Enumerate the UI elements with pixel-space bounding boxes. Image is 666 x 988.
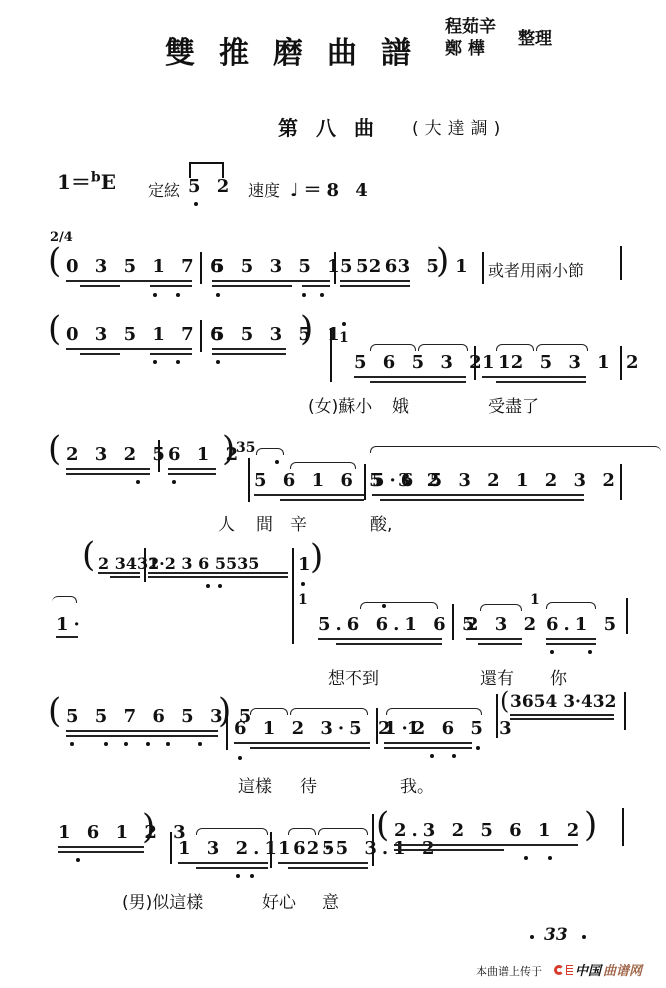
bar-line	[248, 458, 250, 502]
notes-segment: 5.6 6.1 6 5	[318, 614, 479, 635]
page-number-dot-right	[582, 935, 586, 939]
key-signature: 1＝bE	[57, 166, 116, 195]
open-paren: (	[48, 244, 61, 278]
bar-line	[376, 708, 378, 744]
underline	[212, 280, 330, 282]
underline	[380, 499, 584, 501]
notes-segment: 5·6 5 3 2 1 2 3 2	[372, 470, 620, 491]
slur	[318, 828, 368, 835]
underline	[336, 643, 442, 645]
page-number-dot-left	[530, 935, 534, 939]
underline	[394, 844, 578, 846]
low-octave-dot	[452, 754, 456, 758]
underline	[354, 376, 466, 378]
lyric: 這樣	[238, 772, 272, 797]
underline	[80, 285, 120, 287]
site-logo[interactable]: 中国 曲谱网	[554, 960, 642, 979]
underline	[510, 714, 614, 716]
bar-line	[372, 814, 374, 866]
notes-segment: 5 5 3 5 1	[212, 324, 345, 345]
tuning-label: 定絃	[148, 178, 180, 201]
underline	[150, 285, 192, 287]
bar-line	[200, 252, 202, 284]
close-paren: )	[436, 244, 449, 278]
underline	[302, 285, 330, 287]
low-octave-dot	[216, 293, 220, 297]
bar-line	[474, 346, 476, 380]
low-octave-dot	[176, 293, 180, 297]
slur	[290, 462, 356, 469]
low-octave-dot	[320, 293, 324, 297]
notes-segment: 0 3 5 1 7 6	[66, 324, 227, 345]
low-octave-dot	[172, 480, 176, 484]
bar-line	[330, 328, 332, 382]
score-title: 雙推磨曲譜	[165, 28, 435, 72]
underline	[66, 730, 218, 732]
slur	[290, 708, 368, 715]
underline	[546, 638, 596, 640]
low-octave-dot	[136, 480, 140, 484]
bar-line	[620, 346, 622, 380]
underline	[58, 846, 144, 848]
open-paren: (	[376, 808, 389, 842]
notes-segment: 2 3 2	[466, 614, 541, 635]
bar-line	[624, 692, 626, 730]
close-paren: )	[142, 810, 155, 844]
high-octave-dot	[275, 460, 279, 464]
notes-segment: 0 3 5 1 7 6	[66, 256, 227, 277]
logo-lines-icon	[566, 965, 573, 975]
underline	[58, 851, 144, 853]
notes-segment: 2 3 2 5	[66, 444, 170, 465]
low-octave-dot	[166, 742, 170, 746]
tuning-bracket	[189, 162, 224, 178]
tuning-notes: 5 2	[188, 176, 234, 197]
slur	[370, 344, 416, 351]
close-paren: )	[222, 432, 235, 466]
underline	[318, 638, 442, 640]
notes-segment: 6.1 5	[546, 614, 621, 635]
underline	[384, 747, 472, 749]
open-paren: (	[48, 312, 61, 346]
slur	[250, 708, 288, 715]
notes-segment: 1·	[56, 614, 85, 635]
bar-line	[622, 808, 624, 846]
low-octave-dot	[153, 360, 157, 364]
underline	[80, 353, 120, 355]
underline	[288, 867, 368, 869]
low-octave-dot	[524, 856, 528, 860]
underline	[278, 862, 368, 864]
lyric: 意	[322, 888, 339, 913]
bar-line	[270, 832, 272, 868]
slur	[386, 708, 482, 715]
slur	[546, 602, 596, 609]
low-octave-dot	[548, 856, 552, 860]
low-octave-dot	[218, 584, 222, 588]
lyric: 酸,	[370, 510, 392, 535]
lyric: (女)蘇小	[308, 392, 372, 417]
underline	[148, 576, 288, 578]
close-paren: )	[218, 694, 231, 728]
underline	[212, 285, 292, 287]
underline	[150, 353, 192, 355]
open-paren: (	[500, 684, 509, 718]
open-paren: (	[48, 694, 61, 728]
tempo-label: 速度	[248, 178, 280, 201]
underline	[168, 468, 216, 470]
slur	[288, 828, 316, 835]
open-paren: (	[48, 432, 61, 466]
underline	[340, 285, 410, 287]
underline	[168, 473, 216, 475]
underline	[234, 742, 370, 744]
low-octave-dot	[238, 756, 242, 760]
grace-note: 1	[298, 592, 308, 608]
low-octave-dot	[104, 742, 108, 746]
slur	[196, 828, 268, 835]
bar-line	[226, 710, 228, 750]
lyric: 好心	[262, 888, 296, 913]
underline	[394, 849, 504, 851]
close-paren: )	[310, 540, 323, 574]
lyric: 間	[256, 510, 273, 535]
underline	[466, 638, 522, 640]
high-octave-dot	[301, 582, 305, 586]
lyric: 想不到	[328, 664, 379, 689]
notes-segment: 3654 3·432	[510, 692, 616, 712]
tie	[52, 596, 77, 603]
slur	[536, 344, 588, 351]
low-octave-dot	[550, 650, 554, 654]
bar-line	[482, 252, 484, 284]
low-octave-dot	[430, 754, 434, 758]
underline	[370, 381, 466, 383]
bar-line	[620, 464, 622, 500]
underline	[212, 353, 286, 355]
high-octave-dot	[342, 322, 346, 326]
notes-segment: 5 2 3 5 1	[340, 256, 473, 277]
underline	[66, 468, 150, 470]
low-octave-dot	[176, 360, 180, 364]
underline	[66, 348, 192, 350]
site-name-part1: 中国	[575, 960, 601, 979]
low-octave-dot	[198, 742, 202, 746]
low-octave-dot	[70, 742, 74, 746]
grace-note: 1	[530, 592, 540, 608]
low-octave-dot	[206, 584, 210, 588]
lyric: 辛	[290, 510, 307, 535]
underline	[254, 494, 364, 496]
bar-line	[626, 598, 628, 634]
low-octave-dot	[476, 746, 480, 750]
bar-line	[496, 694, 498, 738]
high-octave-dot	[382, 604, 386, 608]
arrangers-line2: 鄭 樺	[445, 40, 485, 59]
key-prefix: 1＝	[57, 170, 91, 194]
slur	[480, 604, 522, 611]
bar-line	[620, 246, 622, 280]
low-octave-dot	[216, 360, 220, 364]
bar-line	[292, 548, 294, 644]
low-octave-dot	[153, 293, 157, 297]
underline	[98, 572, 140, 574]
flat-sign: b	[91, 169, 101, 185]
underline	[110, 576, 140, 578]
lyric: (男)似這樣	[122, 888, 203, 913]
slur	[370, 446, 661, 453]
low-octave-dot	[194, 202, 198, 206]
underline	[482, 376, 586, 378]
lyric: 娥	[392, 392, 409, 417]
underline	[280, 499, 364, 501]
underline	[496, 381, 586, 383]
bar-line	[364, 464, 366, 500]
arranged-label: 整理	[518, 30, 552, 49]
underline	[212, 348, 286, 350]
slur	[418, 344, 468, 351]
underline	[510, 718, 614, 720]
underline	[66, 473, 150, 475]
low-octave-dot	[302, 293, 306, 297]
low-octave-dot	[124, 742, 128, 746]
underline	[546, 643, 596, 645]
grace-note: 1	[339, 330, 349, 346]
notes-segment: 2.3 2 5 6 1 2	[394, 820, 584, 841]
annotation-note: 或者用兩小節	[488, 258, 584, 281]
section-title: 第八曲	[278, 112, 392, 141]
notes-segment: 1·2 3 6 5535	[148, 554, 259, 573]
slur	[496, 344, 534, 351]
underline	[384, 742, 472, 744]
low-octave-dot	[588, 650, 592, 654]
underline	[372, 494, 584, 496]
arrangers-line1: 程茹辛	[445, 18, 496, 37]
lyric: 我。	[400, 772, 434, 797]
underline	[66, 735, 218, 737]
key-note: E	[101, 170, 116, 194]
site-name-part2: 曲谱网	[603, 960, 642, 979]
underline	[478, 643, 522, 645]
bar-line	[452, 604, 454, 640]
underline	[56, 636, 78, 638]
logo-mark-icon	[554, 965, 564, 975]
bar-line	[200, 320, 202, 352]
underline	[148, 572, 288, 574]
lyric: 人	[218, 510, 235, 535]
lyric: 受盡了	[488, 392, 539, 417]
underline	[178, 862, 268, 864]
bar-line	[144, 548, 146, 582]
bar-line	[334, 252, 336, 284]
close-paren: )	[300, 312, 313, 346]
tempo-value: ♩＝8 4	[290, 176, 373, 202]
lyric: 待	[300, 772, 317, 797]
section-mode: (大達調)	[412, 114, 506, 139]
close-paren: )	[584, 808, 597, 842]
underline	[196, 867, 268, 869]
open-paren: (	[82, 538, 95, 572]
underline	[66, 280, 192, 282]
bar-line	[170, 832, 172, 864]
bar-line	[158, 440, 160, 472]
lyric: 你	[550, 664, 567, 689]
slur	[360, 602, 438, 609]
underline	[340, 280, 410, 282]
upload-text: 本曲谱上传于	[476, 963, 542, 979]
grace-note: 35	[236, 440, 255, 456]
low-octave-dot	[146, 742, 150, 746]
low-octave-dot	[236, 874, 240, 878]
low-octave-dot	[250, 874, 254, 878]
page-number: 33	[544, 925, 568, 945]
low-octave-dot	[76, 858, 80, 862]
slur	[256, 448, 284, 455]
underline	[250, 747, 370, 749]
